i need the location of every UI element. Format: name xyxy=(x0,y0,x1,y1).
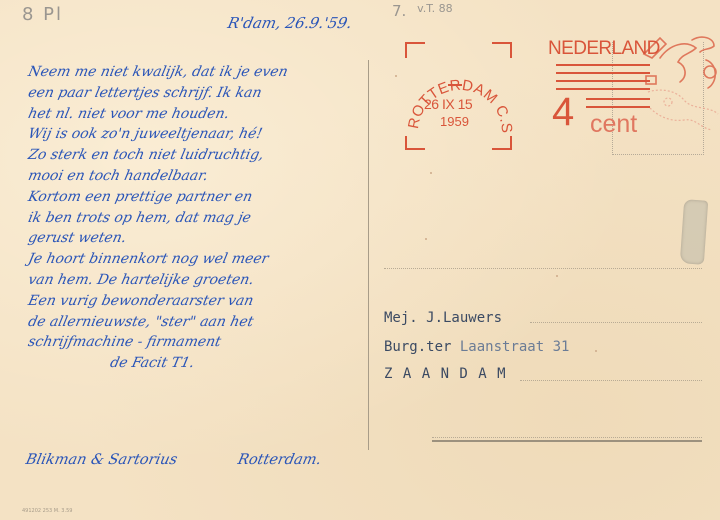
message-line: gerust weten. xyxy=(26,228,290,249)
sender-name: Blikman & Sartorius xyxy=(24,452,178,468)
recipient-name: Mej. J.Lauwers xyxy=(384,310,502,326)
message-line: mooi en toch handelbaar. xyxy=(26,166,290,187)
message-line: de allernieuwste, "ster" aan het xyxy=(26,312,290,333)
paper-speck xyxy=(425,238,427,240)
paper-speck xyxy=(430,172,432,174)
message-line: Zo sterk en toch niet luidruchtig, xyxy=(26,145,290,166)
lion-emblem-icon xyxy=(640,32,720,142)
postmark-city-arc: ROTTERDAM C.S. xyxy=(400,40,520,150)
pencil-reference-mark: 8 Pl xyxy=(22,4,63,25)
message-signature: de Facit T1. xyxy=(26,353,290,374)
message-line: Neem me niet kwalijk, dat ik je even xyxy=(26,62,290,83)
paper-speck xyxy=(595,350,597,352)
pencil-note-text: v.T. 88 xyxy=(417,2,453,15)
paper-speck xyxy=(395,75,397,77)
meter-value: 4 xyxy=(552,92,574,132)
message-line: Een vurig bewonderaarster van xyxy=(26,291,290,312)
message-body: Neem me niet kwalijk, dat ik je even een… xyxy=(26,62,285,374)
message-line: een paar lettertjes schrijf. Ik kan xyxy=(26,83,290,104)
postmark-year: 1959 xyxy=(440,114,469,129)
paper-speck xyxy=(556,275,558,277)
pencil-note-number: 7. xyxy=(392,2,406,20)
message-line: van hem. De hartelijke groeten. xyxy=(26,270,290,291)
postmark-date: 26 IX 15 xyxy=(424,96,472,112)
address-underline xyxy=(432,440,702,442)
street-prefix: Burg.ter xyxy=(384,339,451,355)
message-line: ik ben trots op hem, dat mag je xyxy=(26,208,290,229)
printer-imprint: 491202 253 M. 3.59 xyxy=(22,508,72,514)
meter-unit: cent xyxy=(590,110,637,139)
recipient-city: Z A A N D A M xyxy=(384,366,507,382)
recipient-street: Burg.ter Laanstraat 31 xyxy=(384,339,569,355)
message-line: Kortom een prettige partner en xyxy=(26,187,290,208)
postcard-back: 8 Pl 7. v.T. 88 R'dam, 26.9.'59. Neem me… xyxy=(0,0,720,520)
address-dotted-line xyxy=(384,268,702,269)
address-dotted-line xyxy=(520,380,702,381)
message-line: schrijfmachine - firmament xyxy=(26,332,290,353)
message-line: Je hoort binnenkort nog wel meer xyxy=(26,249,290,270)
sender-city: Rotterdam. xyxy=(236,452,323,468)
tape-remnant xyxy=(680,199,708,265)
address-dotted-line xyxy=(432,437,702,438)
address-dotted-line xyxy=(530,322,702,323)
street-name: Laanstraat 31 xyxy=(460,339,570,355)
place-date: R'dam, 26.9.'59. xyxy=(226,14,354,32)
postmark-dash xyxy=(448,84,462,86)
pencil-note: 7. v.T. 88 xyxy=(392,2,453,20)
message-line: Wij is ook zo'n juweeltjenaar, hé! xyxy=(26,124,290,145)
message-line: het nl. niet voor me houden. xyxy=(26,104,290,125)
card-divider xyxy=(368,60,369,450)
